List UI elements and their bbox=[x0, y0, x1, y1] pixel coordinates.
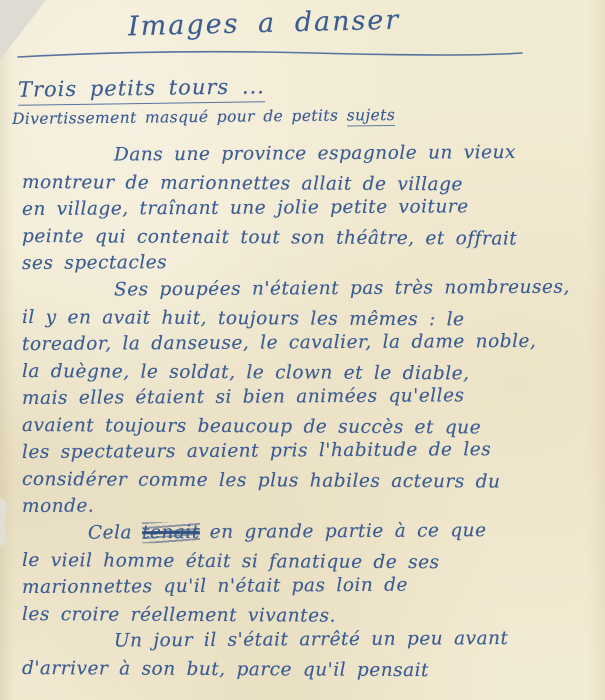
paragraph-4: Un jour il s'était arrêté un peu avant d… bbox=[22, 628, 593, 682]
section-heading-text: Trois petits tours ... bbox=[18, 74, 265, 105]
paper-edge-notch bbox=[0, 497, 8, 547]
manuscript-line: marionnettes qu'il n'était pas loin de bbox=[22, 571, 593, 601]
title-underline bbox=[14, 46, 526, 60]
section-heading: Trois petits tours ... bbox=[18, 74, 265, 101]
manuscript-line: Un jour il s'était arrêté un peu avant bbox=[22, 625, 593, 655]
line-fragment: Cela bbox=[88, 522, 132, 543]
paragraph-1: Dans une province espagnole un vieux mon… bbox=[22, 142, 593, 277]
line-fragment: en grande partie à ce que bbox=[210, 520, 487, 543]
manuscript-line: monde. bbox=[22, 490, 593, 520]
manuscript-line: les spectateurs avaient pris l'habitude … bbox=[22, 436, 593, 466]
page-title: Images a danser bbox=[128, 5, 401, 43]
manuscript-page: Images a danser Trois petits tours ... D… bbox=[0, 0, 605, 700]
manuscript-line: Ses poupées n'étaient pas très nombreuse… bbox=[22, 274, 593, 304]
scribbled-out-word: tenait bbox=[142, 522, 200, 543]
subheading-underlined-word: sujets bbox=[347, 106, 396, 127]
manuscript-body: Dans une province espagnole un vieux mon… bbox=[22, 142, 593, 682]
paragraph-2: Ses poupées n'étaient pas très nombreuse… bbox=[22, 277, 593, 520]
manuscript-line: Dans une province espagnole un vieux bbox=[22, 139, 593, 169]
paragraph-3: Celatenaiten grande partie à ce que le v… bbox=[22, 520, 593, 628]
section-subheading: Divertissement masqué pour de petits suj… bbox=[12, 106, 395, 128]
manuscript-line: d'arriver à son but, parce qu'il pensait bbox=[22, 655, 593, 685]
manuscript-line: en village, traînant une jolie petite vo… bbox=[22, 193, 593, 223]
manuscript-line: Celatenaiten grande partie à ce que bbox=[22, 517, 593, 547]
manuscript-line: mais elles étaient si bien animées qu'el… bbox=[22, 382, 593, 412]
subheading-prefix: Divertissement masqué pour de petits bbox=[12, 107, 339, 128]
manuscript-line: ses spectacles bbox=[22, 247, 593, 277]
manuscript-line: toreador, la danseuse, le cavalier, la d… bbox=[22, 328, 593, 358]
